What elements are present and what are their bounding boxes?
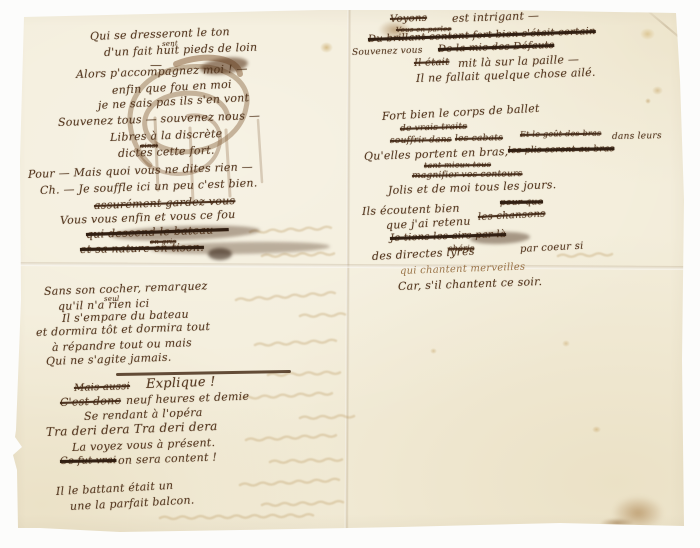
bleedthrough-stroke xyxy=(270,458,342,463)
manuscript-line: les cabats xyxy=(455,133,503,144)
manuscript-line: on sera content ! xyxy=(118,451,218,467)
manuscript-line: Souvenez tous — souvenez nous — xyxy=(58,109,261,129)
manuscript-line: Et le goût des bras xyxy=(520,129,602,139)
bleedthrough-stroke xyxy=(236,292,335,301)
stain xyxy=(645,98,651,104)
manuscript-line: Sans son cocher, remarquez xyxy=(44,279,208,298)
stain xyxy=(430,348,437,354)
manuscript-line: de vrais traits xyxy=(400,122,468,134)
manuscript-line: Mais aussi xyxy=(74,381,130,394)
manuscript-line: souffrir dans xyxy=(390,135,452,146)
bleedthrough-stroke xyxy=(242,392,332,399)
bleedthrough-stroke xyxy=(255,340,336,347)
manuscript-line: tant mieux tous xyxy=(424,160,491,170)
bleedthrough-stroke xyxy=(246,434,336,441)
manuscript-line: les plis seront au bras xyxy=(508,144,615,156)
bleedthrough-stroke xyxy=(240,479,339,487)
manuscript-line: les chansons xyxy=(478,208,546,223)
manuscript-line: Explique ! xyxy=(146,375,216,392)
ink-smudge xyxy=(208,248,232,260)
stain xyxy=(562,340,570,347)
bleedthrough-stroke xyxy=(160,514,313,519)
manuscript-line: Fort bien le corps de ballet xyxy=(382,102,540,123)
manuscript-line: neuf heures et demie xyxy=(126,390,250,407)
stain xyxy=(320,42,333,53)
manuscript-line: des directes lyres xyxy=(372,245,475,263)
manuscript-line: Voyons xyxy=(390,13,427,25)
manuscript-line: dictes cette fort. xyxy=(118,144,215,160)
manuscript-paper: Qui se dresseront le tonsentd'un fait hu… xyxy=(0,0,700,548)
manuscript-line: Libres à la discrète xyxy=(110,127,223,144)
manuscript-line: par coeur si xyxy=(520,241,584,255)
manuscript-line: Il était xyxy=(414,57,450,69)
stain xyxy=(652,86,663,95)
manuscript-line: Je tiens les airs par là xyxy=(390,229,506,244)
bleedthrough-stroke xyxy=(300,313,345,317)
stain xyxy=(592,426,601,433)
manuscript-line: d'un fait huit pieds de loin xyxy=(104,41,258,59)
manuscript-line: Ce fut vrai xyxy=(60,455,117,467)
manuscript-line: Qui se dresseront le ton xyxy=(90,25,230,43)
bleedthrough-stroke xyxy=(250,227,331,234)
manuscript-line: Il ne fallait quelque chose ailé. xyxy=(416,66,596,85)
manuscript-line: et sa nature en tison. xyxy=(80,241,204,256)
manuscript-line: De la mie des Défauts xyxy=(438,40,555,55)
manuscript-line: une la parfait balcon. xyxy=(70,493,195,513)
stain xyxy=(640,28,655,40)
manuscript-photo: Qui se dresseront le tonsentd'un fait hu… xyxy=(0,0,700,548)
manuscript-line: que j'ai retenu xyxy=(386,215,471,232)
bleedthrough-stroke xyxy=(262,501,343,506)
fold-crease-corner xyxy=(643,6,692,47)
bleedthrough-stroke xyxy=(262,252,334,257)
manuscript-line: Car, s'il chantent ce soir. xyxy=(398,275,543,293)
bleedthrough-stroke xyxy=(558,253,612,257)
manuscript-line: C'est donc xyxy=(60,394,121,409)
stain xyxy=(600,518,634,528)
manuscript-line: pour que xyxy=(500,197,543,208)
fold-crease-vertical xyxy=(345,10,352,532)
manuscript-line: Souvenez vous xyxy=(352,46,423,58)
manuscript-line: est intrigant — xyxy=(452,9,540,25)
manuscript-line: dans leurs xyxy=(612,131,662,142)
stain xyxy=(612,496,664,530)
